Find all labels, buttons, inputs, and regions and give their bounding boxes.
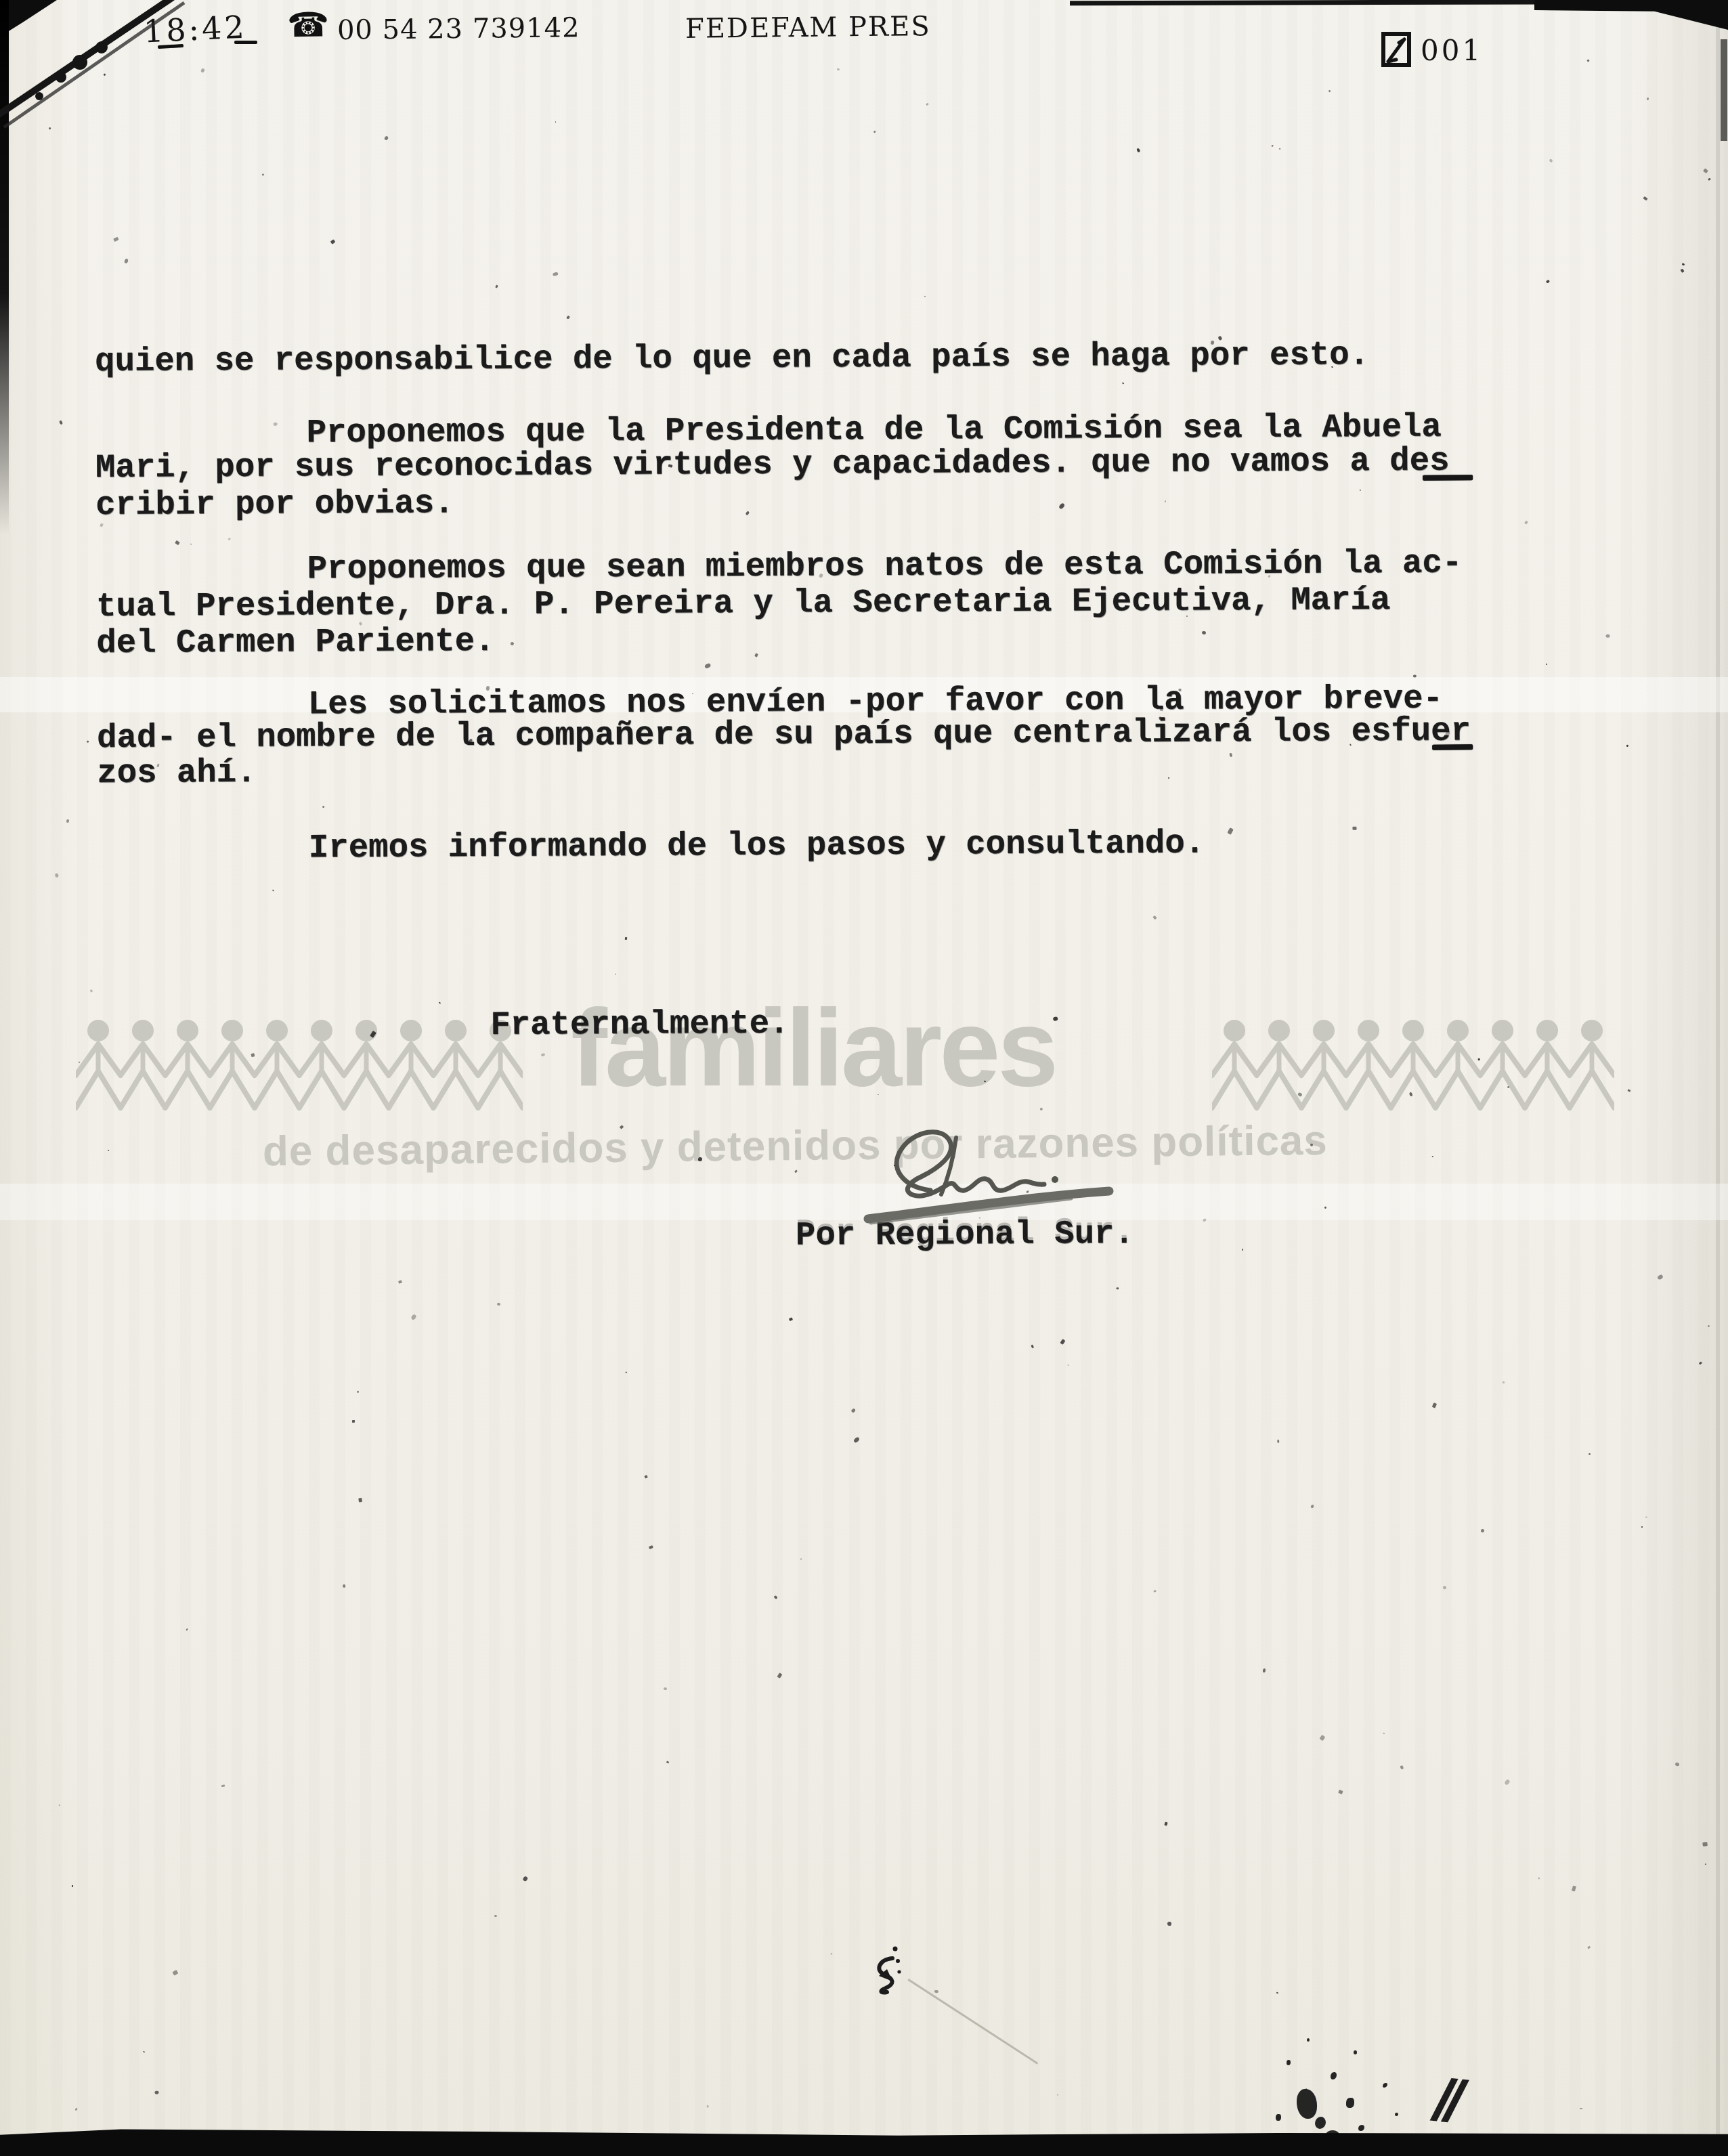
letter-line: quien se responsabilice de lo que en cad… [95,339,1369,379]
letter-body: quien se responsabilice de lo que en cad… [0,0,1728,2156]
letter-line: Proponemos que sean miembros natos de es… [307,546,1463,586]
letter-line: del Carmen Pariente. [96,625,494,660]
letter-line: cribir por obvias. [95,487,454,522]
letter-line: dad- el nombre de la compañera de su paí… [97,714,1471,755]
ink-blot [1297,2089,1317,2119]
ink-blot [1276,2114,1281,2121]
letter-line: Iremos informando de los pasos y consult… [309,827,1205,865]
page-count-icon [1380,31,1412,68]
scan-edge-artifact [1721,39,1727,141]
scan-scratch-lines [0,0,217,156]
ink-blot [1307,2038,1310,2042]
fax-page-number: 001 [1421,34,1483,67]
fax-phone-number: 00 54 23 739142 [337,12,580,46]
letter-line: Mari, por sus reconocidas virtudes y cap… [95,445,1450,485]
continuation-underline [1423,475,1473,480]
fax-page: familiares de desaparecidos y detenidos … [0,0,1728,2156]
valediction: Fraternalmente. [490,1008,789,1042]
scan-dash [234,41,257,44]
continuation-underline [1432,744,1473,750]
handwritten-mark [869,1941,910,1995]
letter-line: zos ahí. [97,756,257,790]
ink-blot [1346,2098,1354,2108]
fax-station-id: FEDEFAM PRES [685,11,931,45]
ink-blot [1354,2050,1357,2054]
letter-line: tual Presidente, Dra. P. Pereira y la Se… [96,584,1391,624]
handwritten-signature [855,1111,1125,1232]
